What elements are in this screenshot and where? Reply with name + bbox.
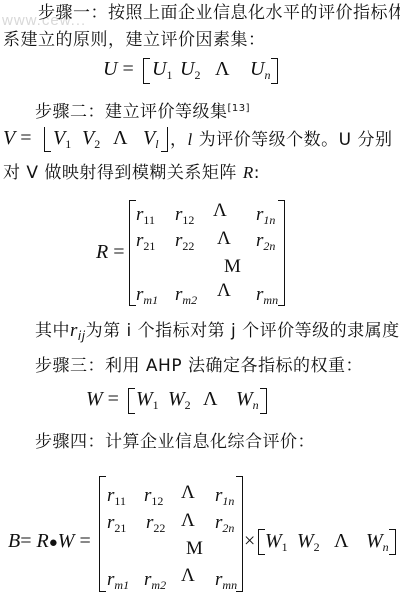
matrix-b-cell: r11 — [107, 485, 126, 509]
matrix-r-cell: Λ — [213, 200, 227, 222]
step1-line1: 步骤一：按照上面企业信息化水平的评价指标体 — [38, 3, 400, 23]
step1-line2: 系建立的原则，建立评价因素集： — [3, 30, 266, 50]
matrix-r-cell: r2n — [256, 230, 275, 254]
formula-u-item-4: Un — [250, 58, 270, 83]
formula-b-lhs: B= R●W = — [8, 530, 91, 553]
matrix-r-bracket-left — [129, 200, 136, 306]
step2-title-text: 步骤二：建立评价等级集 — [35, 102, 228, 122]
formula-v-item-1: V1 — [53, 127, 71, 152]
formula-b-w-item-4: Wn — [366, 530, 389, 555]
step2-v-description: ，l 为评价等级个数。U 分别 — [170, 130, 393, 150]
matrix-b-cell: Λ — [181, 482, 195, 504]
formula-b-w-bracket-left — [258, 529, 265, 555]
matrix-b-cell: rmn — [215, 569, 237, 593]
formula-b-w-item-3: Λ — [334, 530, 349, 553]
formula-b-w-item-1: W1 — [265, 530, 288, 555]
formula-v-item-2: V2 — [82, 127, 100, 152]
matrix-r-cell: Λ — [217, 228, 231, 250]
step4-title: 步骤四：计算企业信息化综合评价： — [35, 432, 315, 452]
matrix-b-bracket-left — [99, 476, 106, 592]
matrix-r-cell: r1n — [256, 204, 275, 228]
formula-u-bracket-left — [143, 58, 150, 84]
matrix-b-cell: M — [186, 538, 203, 560]
formula-u-item-2: U2 — [180, 58, 200, 83]
matrix-r-cell: rm2 — [175, 284, 197, 308]
formula-u-item-3: Λ — [215, 58, 230, 81]
step3-title: 步骤三：利用 AHP 法确定各指标的权重： — [35, 356, 363, 376]
matrix-r-cell: rmn — [256, 284, 278, 308]
formula-v-lhs: V = — [3, 127, 32, 150]
matrix-r-cell: r21 — [136, 230, 155, 254]
matrix-r-cell: r12 — [175, 204, 194, 228]
formula-w-lhs: W = — [86, 388, 119, 411]
matrix-r-cell: r11 — [136, 204, 155, 228]
matrix-b-cell: rm1 — [107, 569, 129, 593]
note-rij: 其中rij为第 i 个指标对第 j 个评价等级的隶属度。 — [35, 321, 400, 346]
formula-u-eq: = — [122, 58, 133, 80]
formula-w-item-3: Λ — [203, 388, 218, 411]
matrix-r-lhs: R = — [96, 241, 125, 264]
matrix-b-cell: r12 — [144, 485, 163, 509]
step2-line3: 对 V 做映射得到模糊关系矩阵 R: — [3, 163, 260, 183]
formula-u: U = — [103, 58, 134, 81]
matrix-r-cell: rm1 — [136, 284, 158, 308]
formula-v-bracket-left — [44, 127, 51, 152]
matrix-r-cell: Λ — [217, 280, 231, 302]
formula-b-w-bracket-right — [389, 529, 396, 555]
formula-w-item-1: W1 — [136, 388, 159, 413]
matrix-r-cell: M — [224, 256, 241, 278]
formula-w-bracket-right — [260, 388, 267, 414]
formula-u-bracket-right — [271, 58, 278, 84]
matrix-b-cell: r2n — [215, 512, 234, 536]
matrix-b-cell: r21 — [107, 512, 126, 536]
formula-u-lhs: U — [103, 58, 117, 80]
formula-w-item-2: W2 — [168, 388, 191, 413]
matrix-b-cell: rm2 — [144, 569, 166, 593]
matrix-b-cell: r1n — [215, 485, 234, 509]
formula-w-item-4: Wn — [236, 388, 259, 413]
formula-b-times: × — [244, 530, 255, 553]
matrix-r-cell: r22 — [175, 230, 194, 254]
formula-v-item-3: Λ — [113, 127, 128, 150]
reference-13: [13] — [228, 103, 251, 114]
formula-v-bracket-right — [161, 127, 168, 152]
matrix-r-bracket-right — [278, 200, 285, 306]
formula-w-bracket-left — [128, 388, 135, 414]
formula-u-item-1: U1 — [152, 58, 172, 83]
matrix-b-cell: Λ — [181, 565, 195, 587]
formula-b-w-item-2: W2 — [297, 530, 320, 555]
step2-title: 步骤二：建立评价等级集[13] — [35, 99, 250, 122]
formula-v-item-4: Vl — [143, 127, 159, 152]
matrix-b-cell: Λ — [181, 510, 195, 532]
matrix-b-cell: r22 — [146, 512, 165, 536]
